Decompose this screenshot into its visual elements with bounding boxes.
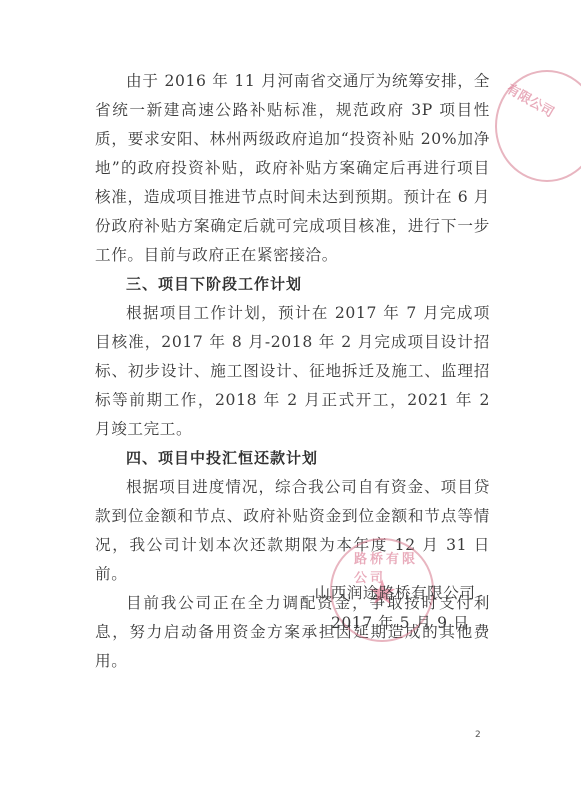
section-heading-3: 三、项目下阶段工作计划 <box>95 270 490 299</box>
signature-date: 2017 年 5 月 9 日 <box>300 608 490 638</box>
company-seal-edge-icon: 有限公司 <box>495 70 581 182</box>
document-page: 由于 2016 年 11 月河南省交通厅为统筹安排，全省统一新建高速公路补贴标准… <box>0 0 581 800</box>
signature-company: 山西润途路桥有限公司 <box>300 578 490 608</box>
paragraph-background: 由于 2016 年 11 月河南省交通厅为统筹安排，全省统一新建高速公路补贴标准… <box>95 67 490 270</box>
paragraph-work-plan: 根据项目工作计划，预计在 2017 年 7 月完成项目核准，2017 年 8 月… <box>95 299 490 444</box>
signature-block: 山西润途路桥有限公司 2017 年 5 月 9 日 <box>300 578 490 638</box>
section-heading-4: 四、项目中投汇恒还款计划 <box>95 444 490 473</box>
page-number: 2 <box>475 730 481 740</box>
seal-edge-text: 有限公司 <box>504 78 559 120</box>
